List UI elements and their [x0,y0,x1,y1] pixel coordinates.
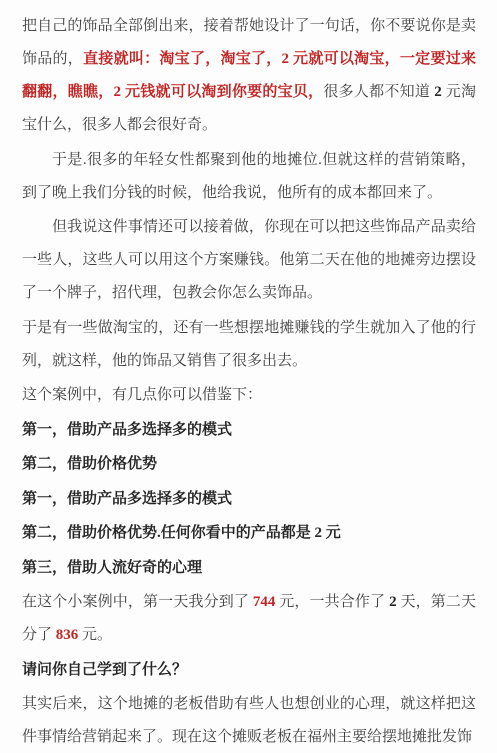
bold-number: 2 [430,84,446,100]
document-page: 把自己的饰品全部倒出来，接着帮她设计了一句话，你不要说你是卖饰品的，直接就叫：淘… [0,0,497,753]
question-text: 请问你自己学到了什么？ [22,662,187,678]
text-run: 很多人都不知道 [323,84,430,100]
paragraph-continue-business: 但我说这件事情还可以接着做，你现在可以把这些饰品产品卖给一些人，这些人可以用这个… [22,211,476,310]
earnings-day1-amount: 744 [253,594,276,610]
text-run: 这个案例中，有几点你可以借鉴下： [22,387,262,403]
lesson-label: 第一，借助产品多选择多的模式 [22,491,232,507]
paragraph-marketing-result: 于是.很多的年轻女性都聚到他的地摊位.但就这样的营销策略，到了晚上我们分钱的时候… [22,144,476,210]
lessons-intro: 这个案例中，有几点你可以借鉴下： [22,379,476,412]
paragraph-earnings: 在这个小案例中，第一天我分到了 744 元，一共合作了 2 天，第二天分了 83… [22,586,476,652]
paragraph-students-join: 于是有一些做淘宝的，还有一些想摆地摊赚钱的学生就加入了他的行列，就这样，他的饰品… [22,312,476,378]
text-run: 于是有一些做淘宝的，还有一些想摆地摊赚钱的学生就加入了他的行列，就这样，他的饰品… [22,320,476,369]
question-heading: 请问你自己学到了什么？ [22,654,476,687]
lesson-item-2: 第二，借助价格优势 [22,448,476,481]
lesson-item-5: 第三，借助人流好奇的心理 [22,552,476,585]
lesson-item-1: 第一，借助产品多选择多的模式 [22,414,476,447]
lesson-label: 第二，借助价格优势.任何你看中的产品都是 2 元 [22,525,341,541]
paragraph-taobao-pitch: 把自己的饰品全部倒出来，接着帮她设计了一句话，你不要说你是卖饰品的，直接就叫：淘… [22,10,476,142]
text-run: 其实后来，这个地摊的老板借助有些人也想创业的心理，就这样把这件事情给营销起来了。… [22,696,476,745]
lesson-item-3: 第一，借助产品多选择多的模式 [22,483,476,516]
text-run: 在这个小案例中，第一天我分到了 [22,594,253,610]
text-run: 但我说这件事情还可以接着做，你现在可以把这些饰品产品卖给一些人，这些人可以用这个… [22,219,476,301]
text-run: 元，一共合作了 [275,594,385,610]
paragraph-aftermath: 其实后来，这个地摊的老板借助有些人也想创业的心理，就这样把这件事情给营销起来了。… [22,688,476,753]
lesson-label: 第三，借助人流好奇的心理 [22,560,202,576]
text-run: 元。 [78,627,112,643]
earnings-day2-amount: 836 [56,627,79,643]
text-run: 于是.很多的年轻女性都聚到他的地摊位.但就这样的营销策略，到了晚上我们分钱的时候… [22,152,476,201]
lesson-item-4: 第二，借助价格优势.任何你看中的产品都是 2 元 [22,517,476,550]
lesson-label: 第二，借助价格优势 [22,456,157,472]
bold-number: 2 [385,594,400,610]
lesson-label: 第一，借助产品多选择多的模式 [22,422,232,438]
